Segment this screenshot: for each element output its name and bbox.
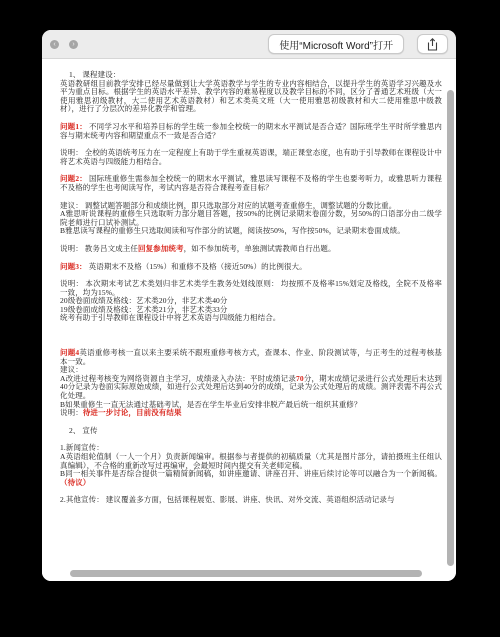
doc-paragraph: B雅思读写课程的重修生只选取阅读和写作部分的试题，阅读按50%，写作按50%，记…: [60, 227, 442, 236]
forward-button[interactable]: ›: [69, 40, 78, 49]
doc-paragraph: 问题1： 不同学习水平和培养目标的学生统一参加全校统一的期末水平测试是否合适？国…: [60, 123, 442, 140]
doc-paragraph: 问题4英语重修考核一直以来主要采统不跟班重修考核方式，查课本、作业、阶段测试等，…: [60, 349, 442, 366]
doc-paragraph: 英语教研组目前教学安排已经尽量做到让大学英语教学与学生的专业内容相结合，以提升学…: [60, 80, 442, 114]
doc-text-highlight: （待议）: [60, 478, 90, 487]
doc-text: 说明： 教务吕文成主任: [60, 244, 138, 253]
doc-paragraph: 问题2： 国际班重修生需参加全校统一的期末水平测试，雅思读写课程不及格的学生也要…: [60, 175, 442, 192]
doc-text: 说明： 本次期末考试艺术类划归非艺术类学生教务处划线原则： 均按照不及格率15%…: [60, 279, 442, 297]
doc-paragraph: 统考有助于引导教师在课程设计中将艺术英语与四级能力相结合。: [60, 314, 442, 323]
doc-paragraph: 说明： 本次期末考试艺术类划归非艺术类学生教务处划线原则： 均按照不及格率15%…: [60, 280, 442, 297]
doc-paragraph: 说明：待进一步讨论，目前没有结果: [60, 409, 442, 418]
vertical-scrollbar-thumb[interactable]: [447, 90, 454, 566]
title-bar: ‹ › 使用“Microsoft Word”打开: [42, 30, 456, 59]
doc-text: 英语教研组目前教学安排已经尽量做到让大学英语教学与学生的专业内容相结合，以提升学…: [60, 79, 442, 114]
open-with-word-label: 使用“Microsoft Word”打开: [279, 37, 393, 52]
back-button[interactable]: ‹: [50, 40, 59, 49]
doc-text: 国际班重修生需参加全校统一的期末水平测试，雅思读写课程不及格的学生也要考听力，或…: [60, 174, 442, 192]
forward-arrow-icon: ›: [72, 40, 74, 49]
doc-text: 不同学习水平和培养目标的学生统一参加全校统一的期末水平测试是否合适？国际班学生平…: [60, 122, 442, 140]
doc-text: B同一相关事件是否综合提供一篇精简新闻稿，如讲座邀请、讲座召开、讲座后续讨论等可…: [60, 469, 442, 478]
doc-paragraph: 说明： 全校的英语统考压力在一定程度上有助于学生重视英语课，端正课堂态度，也有助…: [60, 149, 442, 166]
doc-paragraph: 2.其他宣传： 建议覆盖多方面，包括课程展览、影展、讲座、快讯、对外交流、英语组…: [60, 496, 442, 505]
doc-text: 统考有助于引导教师在课程设计中将艺术英语与四级能力相结合。: [60, 313, 280, 322]
document-body: 1、 课程建设：英语教研组目前教学安排已经尽量做到让大学英语教学与学生的专业内容…: [60, 71, 442, 505]
doc-paragraph: 2、 宣传: [60, 427, 442, 436]
doc-text-highlight: 待进一步讨论，目前没有结果: [83, 408, 182, 417]
doc-paragraph: 问题3： 英语期末不及格（15%）和重修不及格（接近50%）的比例很大。: [60, 263, 442, 272]
doc-text: 说明：: [60, 408, 83, 417]
doc-text-highlight: 回复参加统考: [138, 244, 184, 253]
doc-paragraph: A改进过程考核变为网络资源自主学习，成绩录入办法：平时成绩记录70分，期末成绩记…: [60, 375, 442, 401]
quicklook-window: ‹ › 使用“Microsoft Word”打开 1、 课程建设：英语教研组目前…: [42, 30, 456, 581]
doc-paragraph: A英语组轮值制（一人一个月）负责新闻编审。根据参与者提供的初稿质量（尤其是图片部…: [60, 453, 442, 470]
doc-paragraph: B同一相关事件是否综合提供一篇精简新闻稿，如讲座邀请、讲座召开、讲座后续讨论等可…: [60, 470, 442, 487]
doc-text: 英语期末不及格（15%）和重修不及格（接近50%）的比例很大。: [87, 262, 307, 271]
back-arrow-icon: ‹: [53, 40, 55, 49]
doc-paragraph: 说明： 教务吕文成主任回复参加统考，如不参加统考，单独测试需教师自行出题。: [60, 245, 442, 254]
doc-text: 说明： 全校的英语统考压力在一定程度上有助于学生重视英语课，端正课堂态度，也有助…: [60, 148, 442, 166]
doc-text: 2.其他宣传： 建议覆盖多方面，包括课程展览、影展、讲座、快讯、对外交流、英语组…: [60, 495, 395, 504]
doc-text-highlight: 问题3：: [60, 262, 87, 271]
open-with-word-button[interactable]: 使用“Microsoft Word”打开: [268, 34, 404, 54]
doc-paragraph: A雅思听说课程的重修生只选取听力部分题目答题，按50%的比例记录期末卷面分数，另…: [60, 210, 442, 227]
doc-text: B雅思读写课程的重修生只选取阅读和写作部分的试题，阅读按50%，写作按50%，记…: [60, 226, 405, 235]
doc-text: 英语重修考核一直以来主要采统不跟班重修考核方式，查课本、作业、阶段测试等，与正考…: [60, 348, 442, 366]
doc-text: A英语组轮值制（一人一个月）负责新闻编审。根据参与者提供的初稿质量（尤其是图片部…: [60, 452, 442, 470]
share-button[interactable]: [417, 34, 448, 54]
doc-text: ，如不参加统考，单独测试需教师自行出题。: [184, 244, 336, 253]
doc-text: 2、 宣传: [69, 426, 98, 435]
doc-text: A雅思听说课程的重修生只选取听力部分题目答题，按50%的比例记录期末卷面分数，另…: [60, 209, 442, 227]
share-icon: [427, 38, 438, 51]
horizontal-scrollbar-thumb[interactable]: [70, 570, 422, 577]
document-preview-area: 1、 课程建设：英语教研组目前教学安排已经尽量做到让大学英语教学与学生的专业内容…: [42, 59, 456, 581]
